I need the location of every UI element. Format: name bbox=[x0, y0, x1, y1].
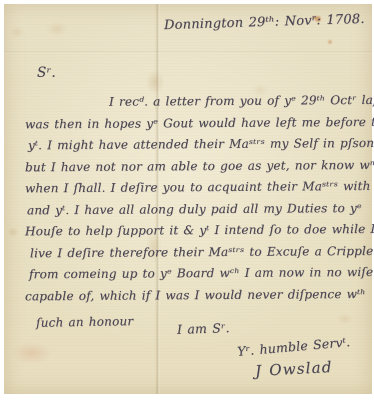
body-line: Houſe to help ſupport it & yᵗ I intend ſ… bbox=[25, 219, 374, 243]
horizontal-fold-crease bbox=[4, 50, 372, 54]
body-line: live I deſire therefore their Maˢᵗʳˢ to … bbox=[30, 240, 374, 264]
body-last-line: ſuch an honour bbox=[36, 314, 134, 330]
body-line: but I have not nor am able to goe as yet… bbox=[25, 154, 374, 178]
letter-scan: Donnington 29ᵗʰ: Novʳ: 1708. Sʳ. I recᵈ.… bbox=[0, 0, 374, 400]
letter-body: I recᵈ. a letter from you of yᵉ 29ᵗʰ Oct… bbox=[25, 91, 374, 306]
body-line: from comeing up to yᵉ Board wᶜʰ I am now… bbox=[29, 262, 374, 286]
signoff: Yʳ. humble Servᵗ. bbox=[237, 334, 351, 359]
body-line: I recᵈ. a letter from you of yᵉ 29ᵗʰ Oct… bbox=[25, 90, 374, 114]
body-line: when I ſhall. I deſire you to acquaint t… bbox=[25, 176, 374, 200]
body-line: and yᵗ. I have all along duly paid all m… bbox=[27, 197, 374, 221]
closing: I am Sʳ. bbox=[177, 320, 230, 337]
body-line: yᵗ. I might have attended their Maˢᵗʳˢ m… bbox=[28, 133, 374, 157]
body-line: was then in hopes yᵉ Gout would have lef… bbox=[25, 111, 374, 135]
body-line: capable of, which if I was I would never… bbox=[25, 283, 374, 307]
letter-paper: Donnington 29ᵗʰ: Novʳ: 1708. Sʳ. I recᵈ.… bbox=[4, 4, 372, 394]
dateline: Donnington 29ᵗʰ: Novʳ: 1708. bbox=[164, 12, 365, 33]
foxing-spot bbox=[12, 342, 52, 364]
salutation: Sʳ. bbox=[37, 65, 56, 81]
signature: J Owslad bbox=[255, 358, 333, 380]
